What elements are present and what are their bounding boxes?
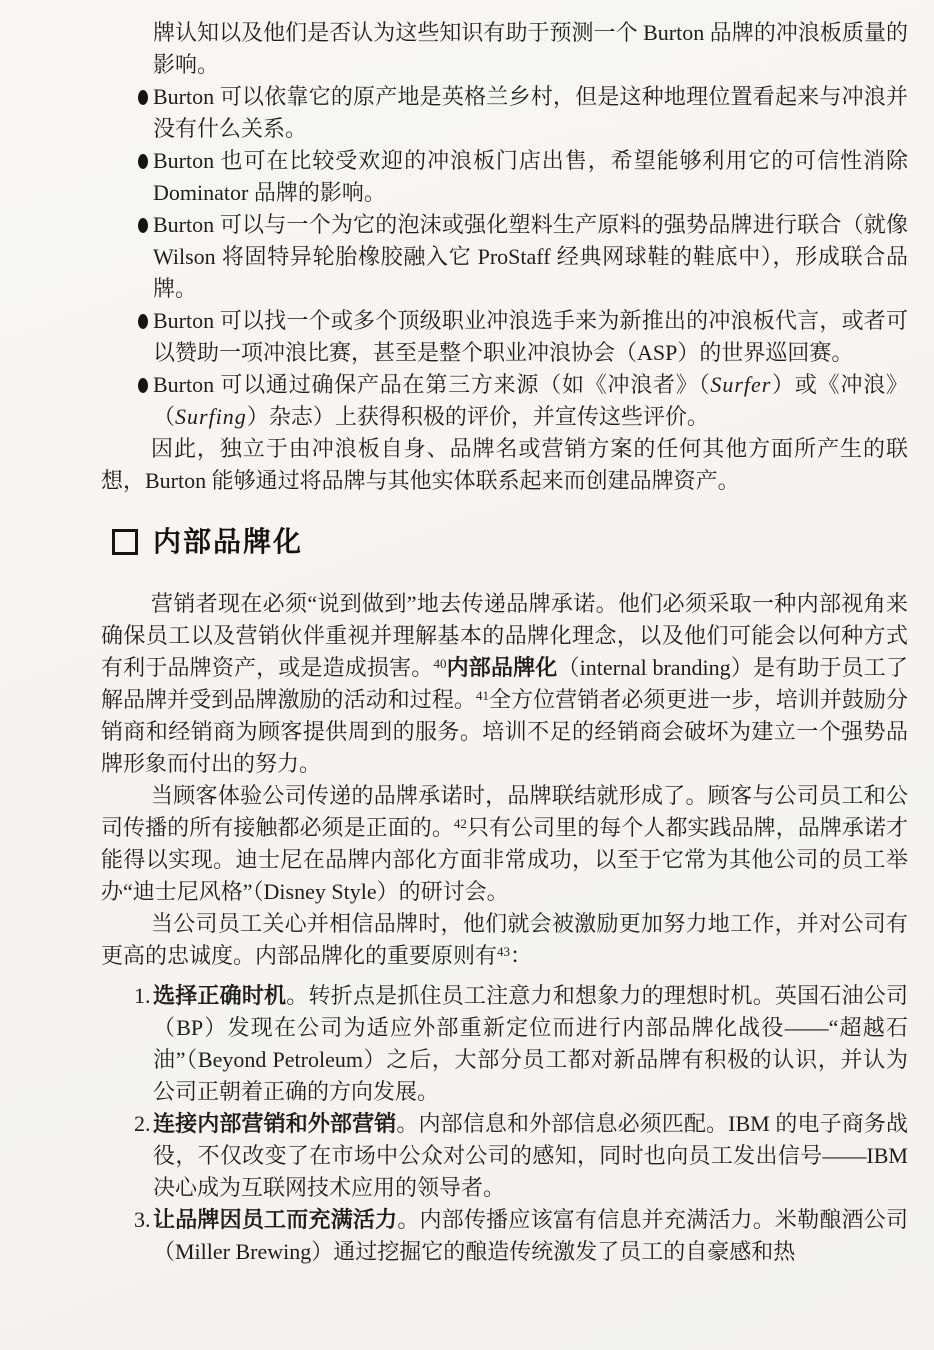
bullet-text: Burton 可以找一个或多个顶级职业冲浪选手来为新推出的冲浪板代言，或者可以赞… xyxy=(153,308,908,365)
paragraph-internal-branding: 营销者现在必须“说到做到”地去传递品牌承诺。他们必须采取一种内部视角来确保员工以… xyxy=(101,588,908,780)
section-heading: 内部品牌化 xyxy=(112,523,908,561)
bold-term-internal-branding: 内部品牌化 xyxy=(446,655,557,680)
bullet-text: Burton 可以与一个为它的泡沫或强化塑料生产原料的强势品牌进行联合（就像 W… xyxy=(153,212,908,301)
italic-magazine-name: Surfer xyxy=(710,372,771,397)
continuation-paragraph: 牌认知以及他们是否认为这些知识有助于预测一个 Burton 品牌的冲浪板质量的影… xyxy=(153,17,908,81)
numbered-item: 2.连接内部营销和外部营销。内部信息和外部信息必须匹配。IBM 的电子商务战役，… xyxy=(101,1108,908,1204)
section-title: 内部品牌化 xyxy=(153,526,303,558)
bullet-item: Burton 可以找一个或多个顶级职业冲浪选手来为新推出的冲浪板代言，或者可以赞… xyxy=(101,305,908,369)
numbered-item: 3.让品牌因员工而充满活力。内部传播应该富有信息并充满活力。米勒酿酒公司（Mil… xyxy=(101,1204,908,1268)
item-lead: 选择正确时机 xyxy=(153,983,286,1008)
footnote-ref-41: 41 xyxy=(476,688,489,703)
item-number: 1. xyxy=(134,980,151,1012)
bullet-text: Burton 可以依靠它的原产地是英格兰乡村，但是这种地理位置看起来与冲浪并没有… xyxy=(153,84,908,141)
item-lead: 让品牌因员工而充满活力 xyxy=(153,1207,397,1232)
body-text: ： xyxy=(510,943,532,968)
bullet-text: Burton 可以通过确保产品在第三方来源（如《冲浪者》（ xyxy=(153,372,710,397)
bullet-item: Burton 可以与一个为它的泡沫或强化塑料生产原料的强势品牌进行联合（就像 W… xyxy=(101,209,908,305)
body-text: 当公司员工关心并相信品牌时，他们就会被激励更加努力地工作，并对公司有更高的忠诚度… xyxy=(101,911,908,968)
item-lead: 连接内部营销和外部营销 xyxy=(153,1111,396,1136)
paragraph-principles-intro: 当公司员工关心并相信品牌时，他们就会被激励更加努力地工作，并对公司有更高的忠诚度… xyxy=(101,908,908,972)
italic-magazine-name: Surfing xyxy=(175,404,247,429)
bullet-item: Burton 可以通过确保产品在第三方来源（如《冲浪者》（Surfer）或《冲浪… xyxy=(101,369,908,433)
item-number: 2. xyxy=(134,1108,151,1140)
footnote-ref-42: 42 xyxy=(454,816,467,831)
bullet-icon xyxy=(138,218,148,233)
bullet-icon xyxy=(138,378,148,393)
bullet-icon xyxy=(138,90,148,105)
numbered-principles-list: 1.选择正确时机。转折点是抓住员工注意力和想象力的理想时机。英国石油公司（BP）… xyxy=(101,980,908,1268)
brand-leverage-bullet-list: Burton 可以依靠它的原产地是英格兰乡村，但是这种地理位置看起来与冲浪并没有… xyxy=(101,81,908,433)
footnote-ref-40: 40 xyxy=(433,656,446,671)
page-content: 牌认知以及他们是否认为这些知识有助于预测一个 Burton 品牌的冲浪板质量的影… xyxy=(0,0,934,1268)
bullet-icon xyxy=(138,314,148,329)
footnote-ref-43: 43 xyxy=(497,944,510,959)
bullet-item: Burton 可以依靠它的原产地是英格兰乡村，但是这种地理位置看起来与冲浪并没有… xyxy=(101,81,908,145)
section-square-icon xyxy=(112,529,138,555)
paragraph-brand-bonding: 当顾客体验公司传递的品牌承诺时，品牌联结就形成了。顾客与公司员工和公司传播的所有… xyxy=(101,780,908,908)
bullet-icon xyxy=(138,154,148,169)
bullet-item: Burton 也可在比较受欢迎的冲浪板门店出售，希望能够利用它的可信性消除 Do… xyxy=(101,145,908,209)
page: 牌认知以及他们是否认为这些知识有助于预测一个 Burton 品牌的冲浪板质量的影… xyxy=(0,0,934,1350)
bullet-text: ）杂志）上获得积极的评价，并宣传这些评价。 xyxy=(247,404,709,429)
item-number: 3. xyxy=(134,1204,151,1236)
closing-paragraph: 因此，独立于由冲浪板自身、品牌名或营销方案的任何其他方面所产生的联想，Burto… xyxy=(101,433,908,497)
bullet-text: Burton 也可在比较受欢迎的冲浪板门店出售，希望能够利用它的可信性消除 Do… xyxy=(153,148,908,205)
numbered-item: 1.选择正确时机。转折点是抓住员工注意力和想象力的理想时机。英国石油公司（BP）… xyxy=(101,980,908,1108)
